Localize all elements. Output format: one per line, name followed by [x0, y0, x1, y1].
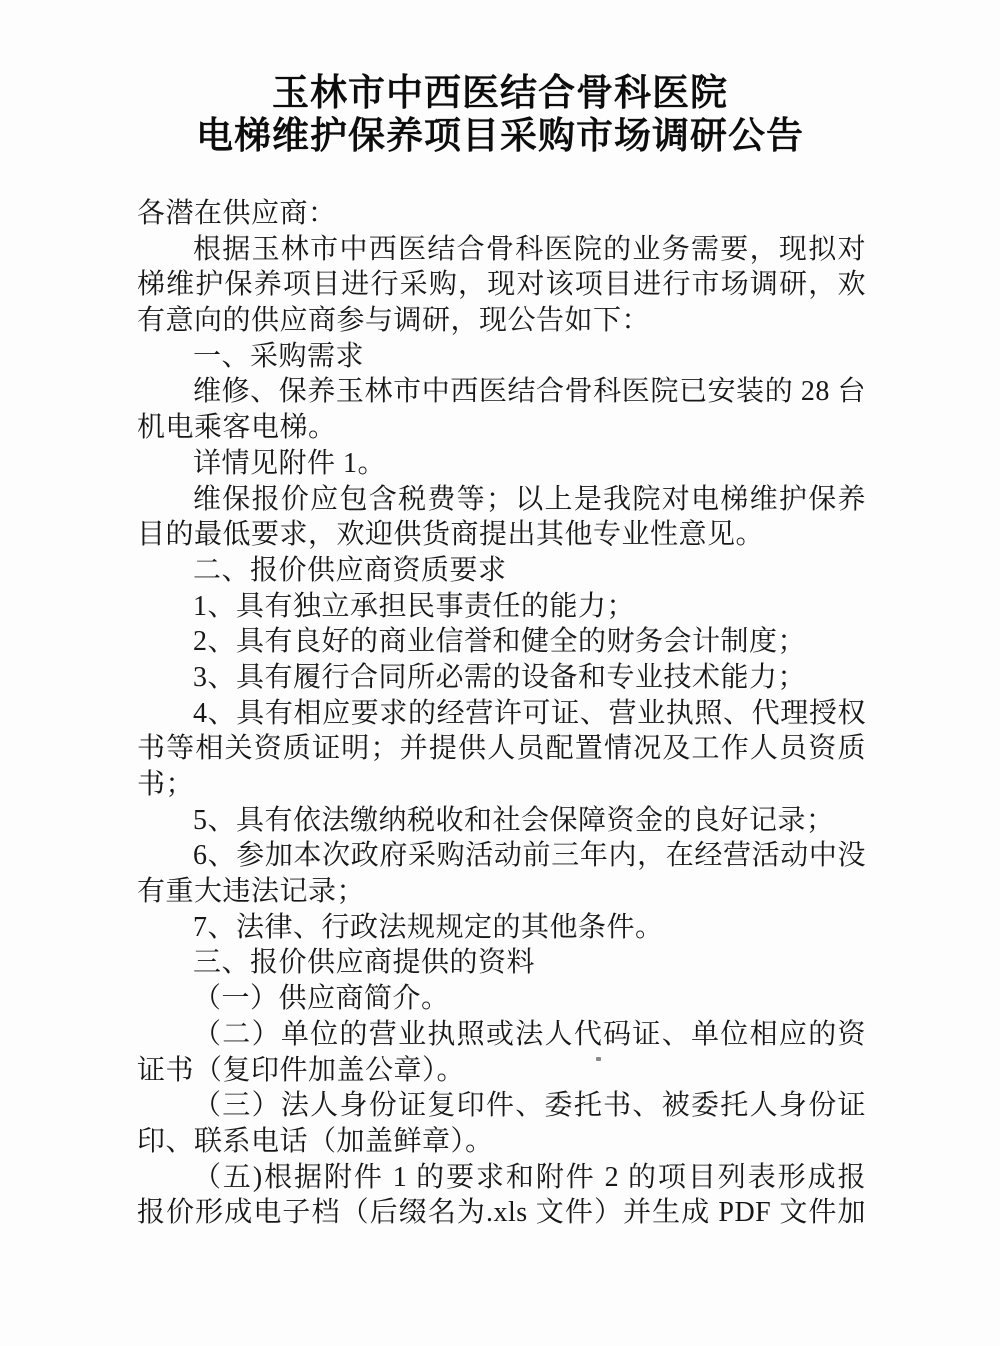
text-line: 书；: [137, 767, 866, 803]
text-line-section-1-heading: 一、采购需求: [137, 339, 866, 375]
text-line: 目的最低要求，欢迎供货商提出其他专业性意见。: [137, 517, 866, 553]
text-line-item-3: 3、具有履行合同所必需的设备和专业技术能力；: [137, 660, 866, 696]
text-line-item-2: 2、具有良好的商业信誉和健全的财务会计制度；: [137, 624, 866, 660]
text-line-subitem-5: （五)根据附件 1 的要求和附件 2 的项目列表形成报价，: [137, 1160, 866, 1196]
text-line: 有意向的供应商参与调研，现公告如下：: [137, 303, 866, 339]
text-line: 详情见附件 1。: [137, 446, 866, 482]
document-title: 玉林市中西医结合骨科医院 电梯维护保养项目采购市场调研公告: [120, 72, 880, 158]
text-line: 证书（复印件加盖公章）。: [137, 1053, 866, 1089]
text-line-subitem-1: （一）供应商简介。: [137, 981, 866, 1017]
text-line: 机电乘客电梯。: [137, 410, 866, 446]
text-line: 维保报价应包含税费等；以上是我院对电梯维护保养项: [137, 482, 866, 518]
document-body: 各潜在供应商： 根据玉林市中西医结合骨科医院的业务需要，现拟对电 梯维护保养项目…: [137, 196, 866, 1231]
text-line: 报价形成电子档（后缀名为.xls 文件）并生成 PDF 文件加盖: [137, 1195, 866, 1231]
text-line-item-6: 6、参加本次政府采购活动前三年内，在经营活动中没: [137, 838, 866, 874]
scanned-document-page: 玉林市中西医结合骨科医院 电梯维护保养项目采购市场调研公告 各潜在供应商： 根据…: [0, 0, 1000, 1346]
text-line-item-5: 5、具有依法缴纳税收和社会保障资金的良好记录；: [137, 803, 866, 839]
text-line-section-2-heading: 二、报价供应商资质要求: [137, 553, 866, 589]
text-line-salutation: 各潜在供应商：: [137, 196, 866, 232]
text-line-section-3-heading: 三、报价供应商提供的资料: [137, 945, 866, 981]
text-line-subitem-2: （二）单位的营业执照或法人代码证、单位相应的资质: [137, 1017, 866, 1053]
text-line: 印、联系电话（加盖鲜章）。: [137, 1124, 866, 1160]
document-title-line-1: 玉林市中西医结合骨科医院: [120, 72, 880, 115]
text-line-item-1: 1、具有独立承担民事责任的能力；: [137, 589, 866, 625]
text-line: 有重大违法记录；: [137, 874, 866, 910]
text-line-subitem-3: （三）法人身份证复印件、委托书、被委托人身份证复: [137, 1088, 866, 1124]
text-line: 根据玉林市中西医结合骨科医院的业务需要，现拟对电: [137, 232, 866, 268]
text-line: 梯维护保养项目进行采购，现对该项目进行市场调研，欢迎: [137, 267, 866, 303]
scan-artifact-speck: [596, 1057, 601, 1061]
text-line-item-7: 7、法律、行政法规规定的其他条件。: [137, 910, 866, 946]
text-line: 维修、保养玉林市中西医结合骨科医院已安装的 28 台: [137, 374, 866, 410]
document-title-line-2: 电梯维护保养项目采购市场调研公告: [120, 115, 880, 158]
text-line: 书等相关资质证明；并提供人员配置情况及工作人员资质证: [137, 731, 866, 767]
text-line-item-4: 4、具有相应要求的经营许可证、营业执照、代理授权: [137, 696, 866, 732]
